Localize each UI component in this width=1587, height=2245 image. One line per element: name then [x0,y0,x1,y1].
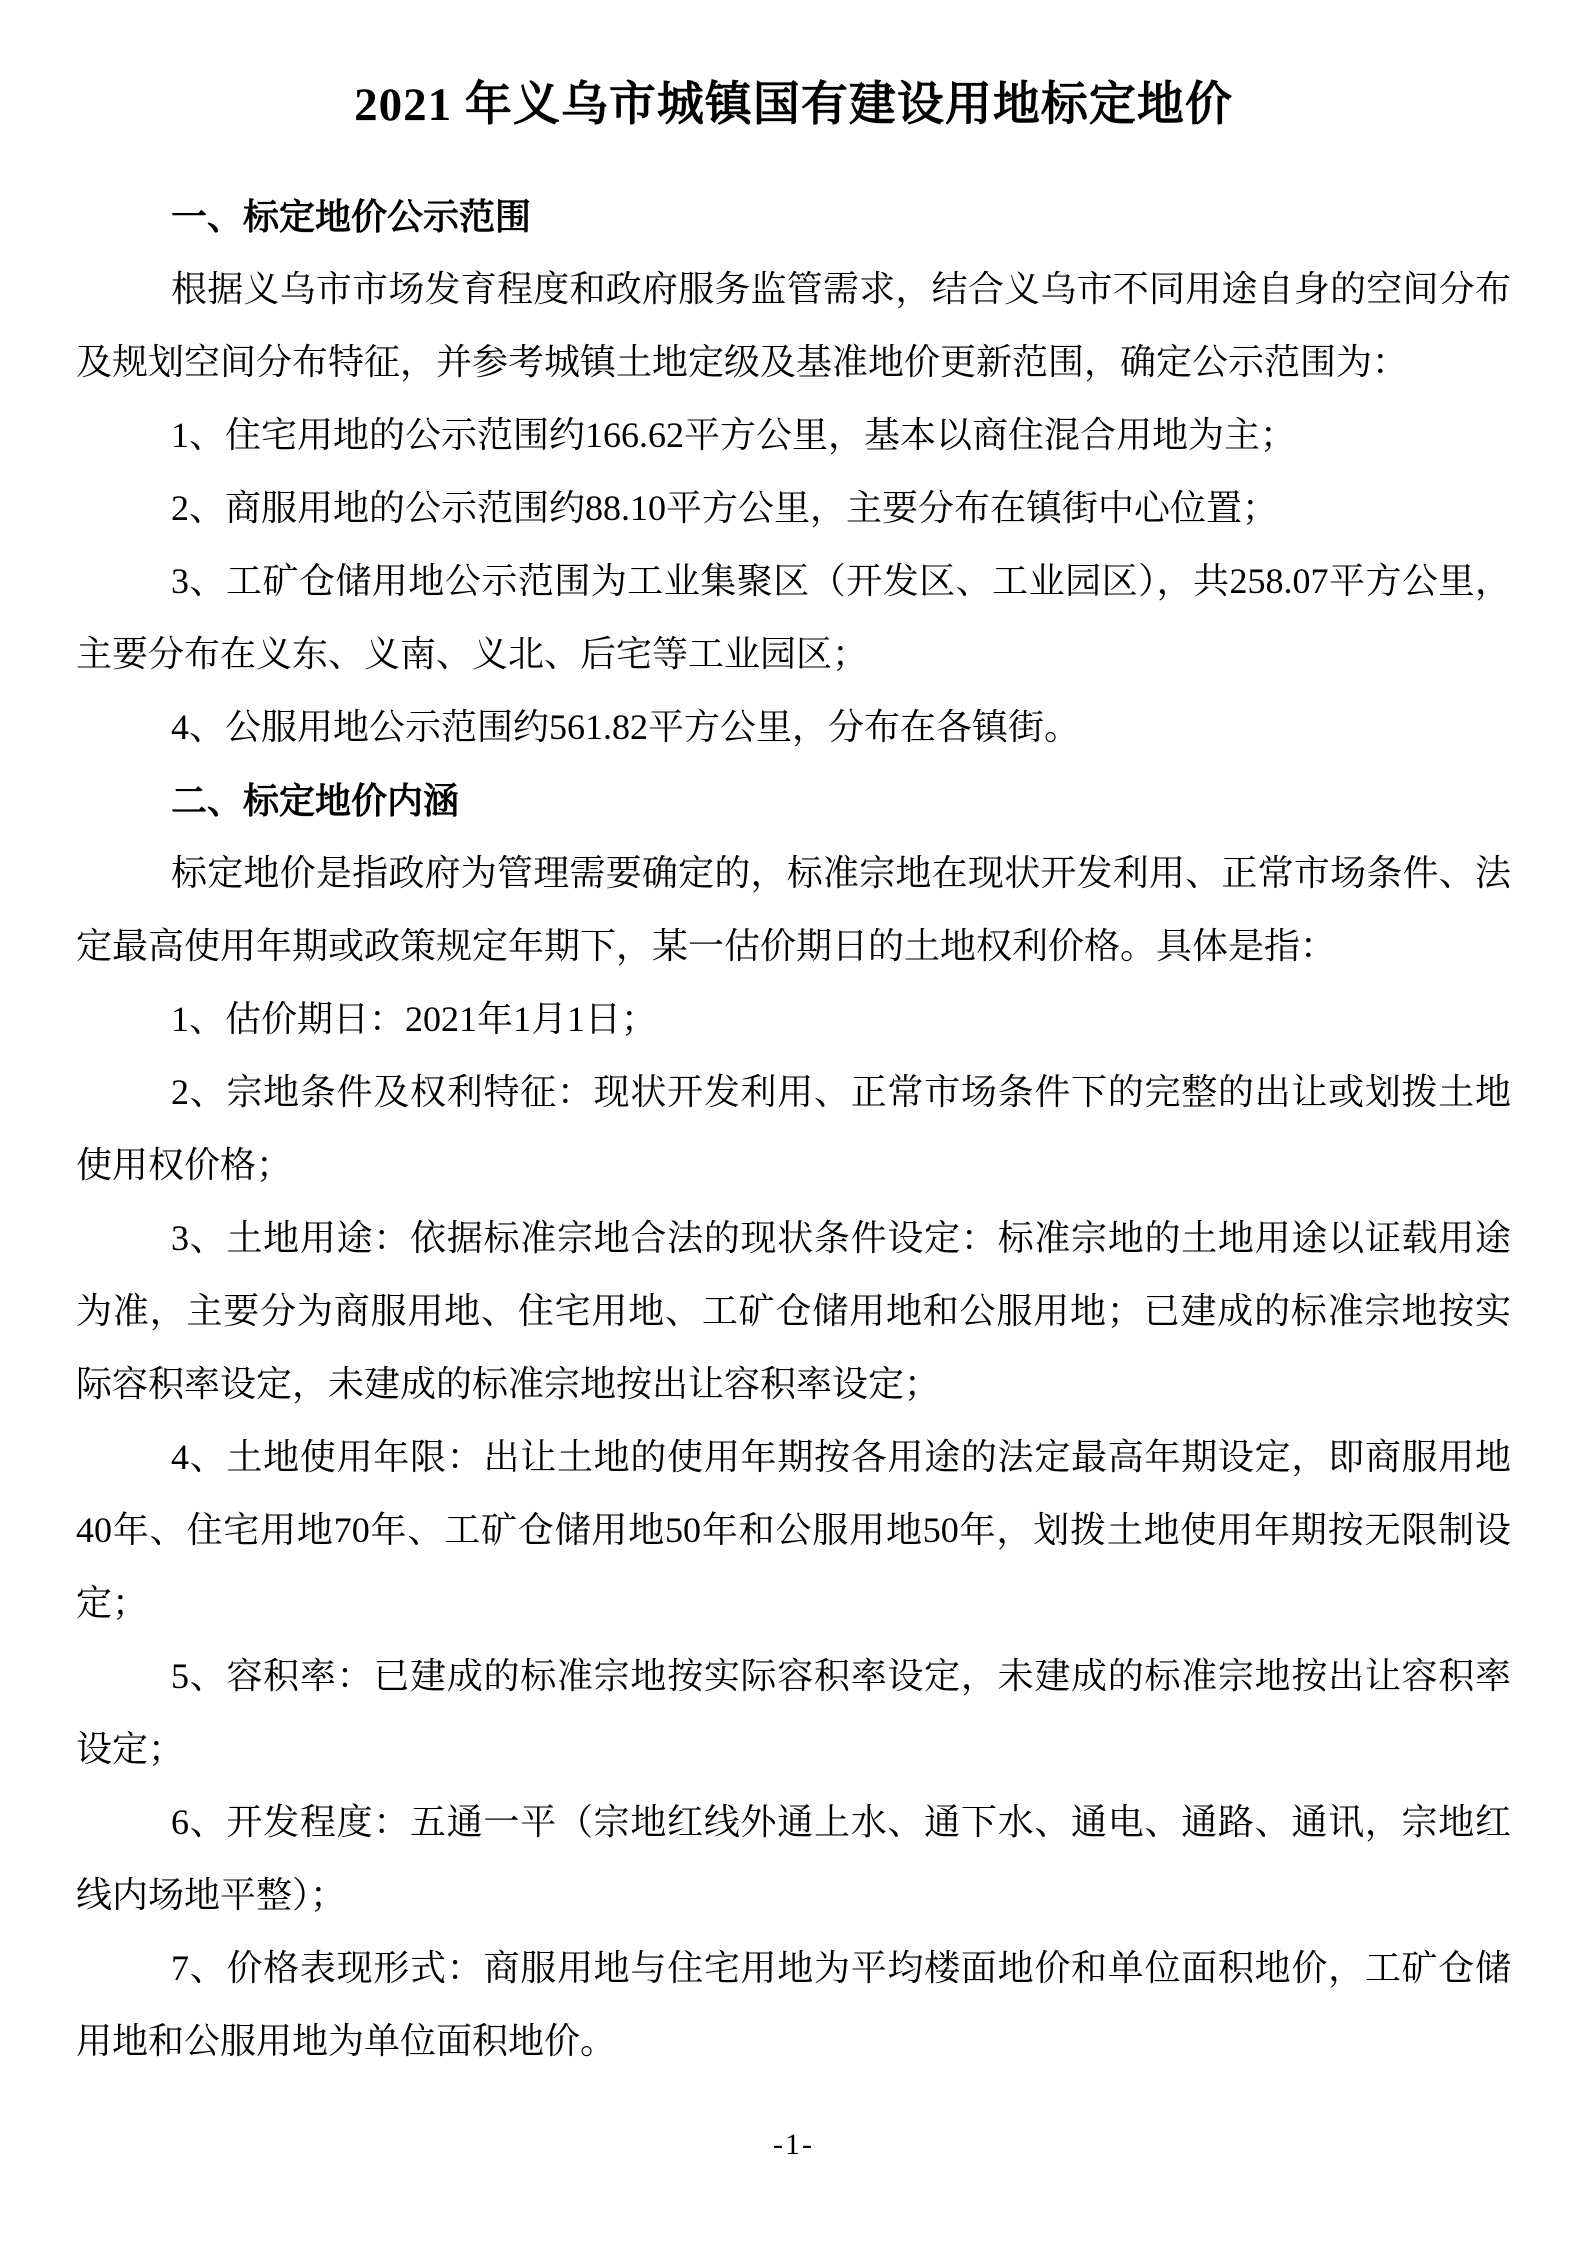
section-1-list-item-3: 3、工矿仓储用地公示范围为工业集聚区（开发区、工业园区），共258.07平方公里… [76,545,1511,691]
section-2-list-item-6: 6、开发程度：五通一平（宗地红线外通上水、通下水、通电、通路、通讯，宗地红线内场… [76,1786,1511,1932]
section-2-list-item-3: 3、土地用途：依据标准宗地合法的现状条件设定：标准宗地的土地用途以证载用途为准，… [76,1202,1511,1421]
section-1-heading: 一、标定地价公示范围 [76,180,1511,253]
document-page: { "document": { "title": "2021 年义乌市城镇国有建… [0,0,1587,2245]
document-content: 2021 年义乌市城镇国有建设用地标定地价 一、标定地价公示范围 根据义乌市市场… [0,0,1587,2078]
section-2-paragraph: 标定地价是指政府为管理需要确定的，标准宗地在现状开发利用、正常市场条件、法定最高… [76,837,1511,983]
section-2-list-item-2: 2、宗地条件及权利特征：现状开发利用、正常市场条件下的完整的出让或划拨土地使用权… [76,1056,1511,1202]
section-2-list-item-5: 5、容积率：已建成的标准宗地按实际容积率设定，未建成的标准宗地按出让容积率设定； [76,1640,1511,1786]
section-1-list-item-1: 1、住宅用地的公示范围约166.62平方公里，基本以商住混合用地为主； [76,399,1511,472]
section-2-list-item-4: 4、土地使用年限：出让土地的使用年期按各用途的法定最高年期设定，即商服用地40年… [76,1421,1511,1640]
page-number: -1- [0,2128,1587,2162]
section-2-list-item-1: 1、估价期日：2021年1月1日； [76,983,1511,1056]
section-2-list-item-7: 7、价格表现形式：商服用地与住宅用地为平均楼面地价和单位面积地价，工矿仓储用地和… [76,1932,1511,2078]
section-2-heading: 二、标定地价内涵 [76,764,1511,837]
section-1-list-item-2: 2、商服用地的公示范围约88.10平方公里，主要分布在镇街中心位置； [76,472,1511,545]
section-1-list-item-4: 4、公服用地公示范围约561.82平方公里，分布在各镇街。 [76,691,1511,764]
section-1-paragraph: 根据义乌市市场发育程度和政府服务监管需求，结合义乌市不同用途自身的空间分布及规划… [76,253,1511,399]
document-title: 2021 年义乌市城镇国有建设用地标定地价 [76,74,1511,136]
